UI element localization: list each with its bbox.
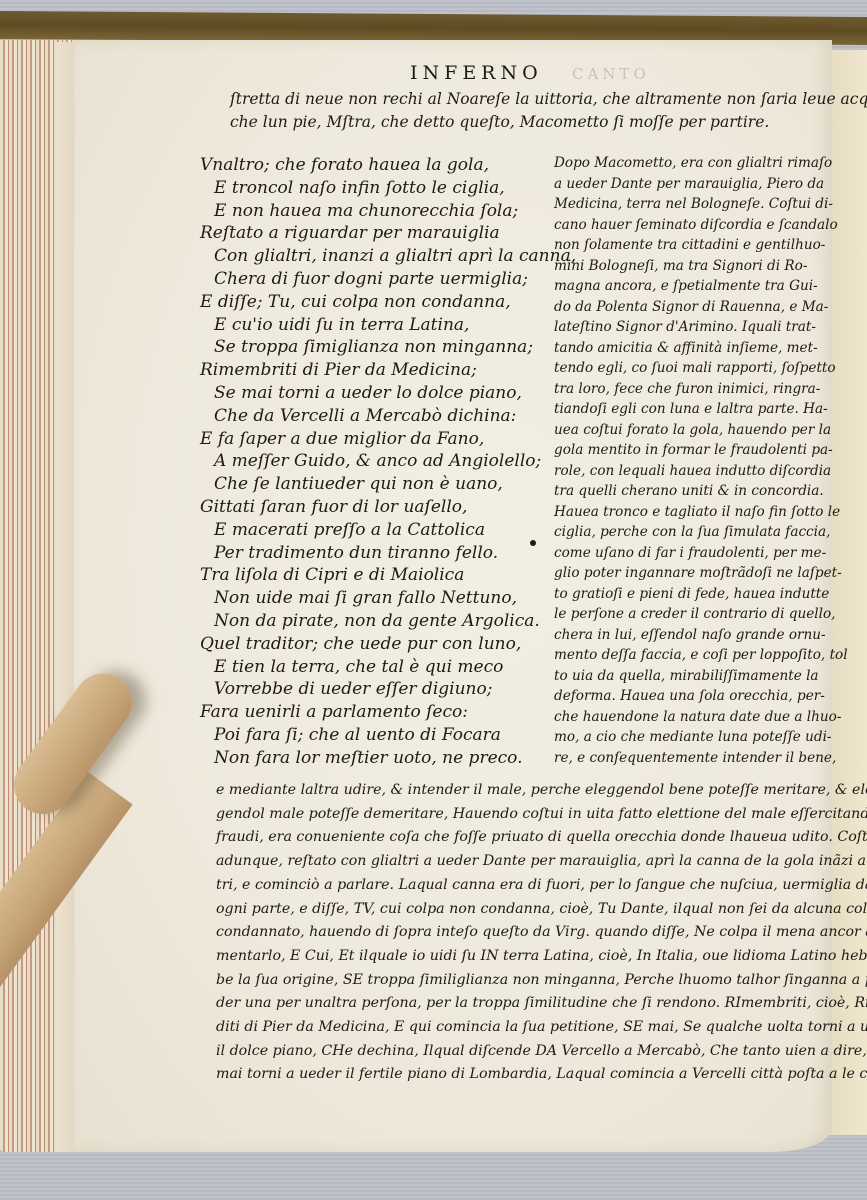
commentary-line: condannato, hauendo di ſopra inteſo queſ… bbox=[216, 924, 867, 940]
commentary-line: magna ancora, e ſpetialmente tra Gui- bbox=[554, 278, 818, 294]
verse-line: Vorrebbe di ueder eſſer digiuno; bbox=[214, 679, 492, 699]
verse-line: Reſtato a riguardar per marauiglia bbox=[200, 223, 500, 243]
top-line: che lun pie, Mſtra, che detto queſto, Ma… bbox=[230, 113, 769, 131]
verse-line: Con glialtri, inanzi a glialtri aprì la … bbox=[214, 246, 576, 266]
verse-line: Non fara lor meſtier uoto, ne preco. bbox=[214, 748, 523, 768]
commentary-line: to gratioſi e pieni di fede, hauea indut… bbox=[554, 586, 829, 602]
verse-line: Vnaltro; che forato hauea la gola, bbox=[200, 155, 489, 175]
commentary-line: deforma. Hauea una ſola orecchia, per- bbox=[554, 688, 825, 704]
commentary-line: il dolce piano, CHe dechina, Ilqual diſc… bbox=[216, 1043, 867, 1059]
commentary-line: Medicina, terra nel Bologneſe. Coſtui di… bbox=[554, 196, 833, 212]
commentary-line: ciglia, perche con la ſua ſimulata facci… bbox=[554, 524, 830, 540]
verse-line: Se troppa ſimiglianza non minganna; bbox=[214, 337, 533, 357]
commentary-line: e mediante laltra udire, & intender il m… bbox=[216, 782, 867, 798]
commentary-line: fraudi, era conueniente coſa che foſſe p… bbox=[216, 829, 867, 845]
show-through-head: CANTO bbox=[572, 65, 650, 83]
commentary-line: be la ſua origine, SE troppa ſimiliglian… bbox=[216, 972, 867, 988]
verse-line: E troncol naſo infin ſotto le ciglia, bbox=[214, 178, 505, 198]
commentary-line: re, e conſequentemente intender il bene, bbox=[554, 750, 836, 766]
commentary-line: uea coſtui forato la gola, hauendo per l… bbox=[554, 422, 831, 438]
verse-line: E macerati preſſo a la Cattolica bbox=[214, 520, 485, 540]
commentary-line: chera in lui, eſſendol naſo grande ornu- bbox=[554, 627, 826, 643]
running-head: INFERNO bbox=[410, 62, 543, 84]
verse-line: Gittati ſaran fuor di lor uaſello, bbox=[200, 497, 467, 517]
commentary-line: mo, a cio che mediante luna poteſſe udi- bbox=[554, 729, 832, 745]
verse-line: Non uide mai ſi gran fallo Nettuno, bbox=[214, 588, 517, 608]
commentary-line: mai torni a ueder il fertile piano di Lo… bbox=[216, 1066, 867, 1082]
verse-line: Fara uenirli a parlamento ſeco: bbox=[200, 702, 468, 722]
commentary-line: tra loro, fece che furon inimici, ringra… bbox=[554, 381, 820, 397]
verse-line: Quel traditor; che uede pur con luno, bbox=[200, 634, 521, 654]
commentary-line: ogni parte, e diſſe, TV, cui colpa non c… bbox=[216, 901, 867, 917]
commentary-line: mini Bologneſi, ma tra Signori di Ro- bbox=[554, 258, 807, 274]
verse-line: A meſſer Guido, & anco ad Angiolello; bbox=[214, 451, 541, 471]
commentary-line: mento deſſa faccia, e coſi per loppoſito… bbox=[554, 647, 848, 663]
paragraph-mark-icon bbox=[530, 540, 536, 546]
commentary-line: Hauea tronco e tagliato il naſo fin ſott… bbox=[554, 504, 840, 520]
verse-line: E tien la terra, che tal è qui meco bbox=[214, 657, 503, 677]
commentary-line: gendol male poteſſe demeritare, Hauendo … bbox=[216, 806, 867, 822]
commentary-line: gola mentito in formar le fraudolenti pa… bbox=[554, 442, 833, 458]
top-line: ſtretta di neue non rechi al Noareſe la … bbox=[230, 90, 867, 108]
commentary-line: tando amicitia & affinità inſieme, met- bbox=[554, 340, 818, 356]
verse-line: Rimembriti di Pier da Medicina; bbox=[200, 360, 477, 380]
commentary-line: come uſano di far i fraudolenti, per me- bbox=[554, 545, 826, 561]
verse-line: Che ſe lantiueder qui non è uano, bbox=[214, 474, 503, 494]
verse-line: Chera di fuor dogni parte uermiglia; bbox=[214, 269, 528, 289]
commentary-line: cano hauer ſeminato diſcordia e ſcandalo bbox=[554, 217, 838, 233]
commentary-line: der una per unaltra perſona, per la trop… bbox=[216, 995, 867, 1011]
commentary-line: to uia da quella, mirabiliſſimamente la bbox=[554, 668, 819, 684]
commentary-line: Dopo Macometto, era con glialtri rimaſo bbox=[554, 155, 832, 171]
verse-line: Se mai torni a ueder lo dolce piano, bbox=[214, 383, 522, 403]
verse-line: E non hauea ma chunorecchia ſola; bbox=[214, 201, 518, 221]
verse-line: E cu'io uidi ſu in terra Latina, bbox=[214, 315, 469, 335]
commentary-line: non ſolamente tra cittadini e gentilhuo- bbox=[554, 237, 825, 253]
commentary-line: lateſtino Signor d'Arimino. Iquali trat- bbox=[554, 319, 816, 335]
commentary-line: diti di Pier da Medicina, E qui comincia… bbox=[216, 1019, 867, 1035]
commentary-line: a ueder Dante per marauiglia, Piero da bbox=[554, 176, 824, 192]
commentary-line: adunque, reſtato con glialtri a ueder Da… bbox=[216, 853, 867, 869]
commentary-line: mentarlo, E Cui, Et ilquale io uidi ſu I… bbox=[216, 948, 867, 964]
commentary-line: do da Polenta Signor di Rauenna, e Ma- bbox=[554, 299, 828, 315]
verse-line: Tra liſola di Cipri e di Maiolica bbox=[200, 565, 464, 585]
verse-line: E diſſe; Tu, cui colpa non condanna, bbox=[200, 292, 511, 312]
commentary-line: glio poter ingannare moſtrãdoſi ne laſpe… bbox=[554, 565, 842, 581]
commentary-line: tri, e cominciò a parlare. Laqual canna … bbox=[216, 877, 867, 893]
verse-line: Per tradimento dun tiranno fello. bbox=[214, 543, 498, 563]
verse-line: Non da pirate, non da gente Argolica. bbox=[214, 611, 540, 631]
commentary-line: role, con lequali hauea indutto diſcordi… bbox=[554, 463, 831, 479]
commentary-line: che hauendone la natura date due a lhuo- bbox=[554, 709, 841, 725]
commentary-line: le perſone a creder il contrario di quel… bbox=[554, 606, 836, 622]
verse-line: Che da Vercelli a Mercabò dichina: bbox=[214, 406, 516, 426]
verse-line: Poi fara ſi; che al uento di Focara bbox=[214, 725, 501, 745]
commentary-line: tendo egli, co ſuoi mali rapporti, ſoſpe… bbox=[554, 360, 836, 376]
verse-line: E fa ſaper a due miglior da Fano, bbox=[200, 429, 484, 449]
commentary-line: tra quelli cherano uniti & in concordia. bbox=[554, 483, 824, 499]
commentary-line: tiandoſi egli con luna e laltra parte. H… bbox=[554, 401, 828, 417]
